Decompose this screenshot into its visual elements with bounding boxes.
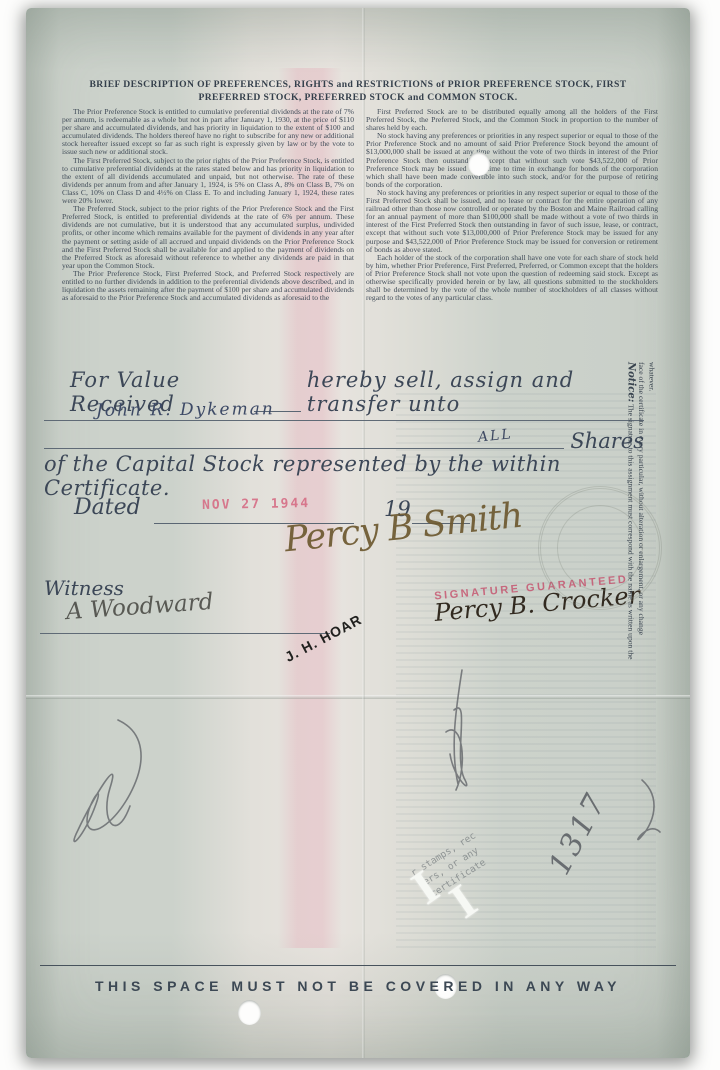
pencil-squiggle-left [74,720,141,841]
legal-text-columns: The Prior Preference Stock is entitled t… [62,108,658,374]
embossed-seal-inner-ring [557,505,643,591]
footer-rule [40,965,676,966]
legal-column-right: First Preferred Stock are to be distribu… [366,108,658,374]
witness-ruled-line [40,633,330,634]
legal-paragraph: Each holder of the stock of the corporat… [366,254,658,303]
date-rubber-stamp: NOV 27 1944 [202,496,310,513]
legal-paragraph: The Preferred Stock, subject to the prio… [62,205,354,270]
notice-label: Notice: [626,362,637,402]
punch-hole [468,152,490,176]
shares-ruled-line [44,448,564,449]
legal-paragraph: No stock having any preferences or prior… [366,132,658,189]
legal-paragraph: The First Preferred Stock, subject to th… [62,157,354,206]
shares-line: Shares [44,429,644,453]
legal-paragraph: No stock having any preferences or prior… [366,189,658,254]
dated-label: Dated [74,495,141,520]
certificate-paper: BRIEF DESCRIPTION OF PREFERENCES, RIGHTS… [26,8,690,1058]
legal-paragraph: The Prior Preference Stock is entitled t… [62,108,354,157]
document-title: BRIEF DESCRIPTION OF PREFERENCES, RIGHTS… [58,78,658,104]
scanned-stock-certificate-back: { "header": { "title": "BRIEF DESCRIPTIO… [0,0,720,1070]
assignee-handwriting: John R. Dykeman [96,399,275,421]
legal-paragraph: The Prior Preference Stock, First Prefer… [62,270,354,302]
legal-column-left: The Prior Preference Stock is entitled t… [62,108,354,374]
footer-warning-text: THIS SPACE MUST NOT BE COVERED IN ANY WA… [26,978,690,994]
horizontal-fold-crease [26,695,690,699]
punch-hole [238,1000,261,1025]
sell-assign-transfer-label: hereby sell, assign and transfer unto [307,368,650,416]
legal-paragraph: First Preferred Stock are to be distribu… [366,108,658,132]
embossed-seal [538,486,662,610]
